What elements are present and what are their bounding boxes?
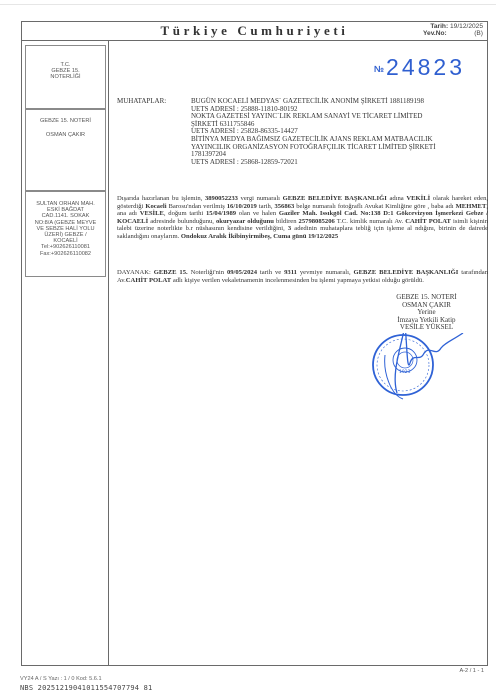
recipients-label: MUHATAPLAR: bbox=[117, 98, 191, 106]
notary-seal-icon: 1923 bbox=[361, 333, 471, 418]
document-title: Türkiye Cumhuriyeti bbox=[22, 23, 487, 39]
left-column: T.C. GEBZE 15. NOTERLİĞİ GEBZE 15. NOTER… bbox=[22, 41, 109, 665]
date-value: 19/12/2025 bbox=[450, 23, 483, 30]
document-header: Türkiye Cumhuriyeti Tarih: 19/12/2025 Ye… bbox=[22, 22, 487, 41]
numero-sign-icon: № bbox=[374, 64, 384, 74]
recipient-line: UETS ADRESİ : 25868-12859-72021 bbox=[117, 159, 487, 167]
notary-name-box: GEBZE 15. NOTERİ OSMAN ÇAKIR bbox=[25, 109, 106, 191]
nbs-number: NBS 20251219041011554707794 81 bbox=[20, 684, 152, 692]
fax-number: Fax:+902626110082 bbox=[26, 251, 105, 257]
scan-edge-line bbox=[0, 4, 496, 5]
header-meta: Tarih: 19/12/2025 Yev.No: (B) bbox=[423, 23, 483, 38]
signature-clerk: VESİLE YÜKSEL bbox=[369, 324, 484, 332]
seal-year: 1923 bbox=[399, 369, 411, 375]
yev-value: (B) bbox=[474, 30, 483, 37]
basis-paragraph: DAYANAK: GEBZE 15. Noterliği'nin 09/05/2… bbox=[117, 269, 488, 284]
address-line: NO:8/A (GEBZE MEYVE bbox=[26, 220, 105, 226]
recipient-line: ŞİRKETİ 6311755846 bbox=[117, 121, 487, 129]
signature-block: GEBZE 15. NOTERİ OSMAN ÇAKIR Yerine İmza… bbox=[369, 294, 484, 332]
recipient-line: YAYINCILIK ORGANİZASYON FOTOĞRAFÇILIK Tİ… bbox=[117, 144, 487, 152]
recipients-block: MUHATAPLAR: BUGÜN KOCAELİ MEDYAS` GAZETE… bbox=[117, 98, 487, 166]
serial-number: 24823 bbox=[386, 54, 465, 80]
notary-office-box: T.C. GEBZE 15. NOTERLİĞİ bbox=[25, 45, 106, 109]
recipient-line: 1781397204 bbox=[117, 151, 487, 159]
main-content: №24823 MUHATAPLAR: BUGÜN KOCAELİ MEDYAS`… bbox=[109, 41, 487, 665]
document-frame: Türkiye Cumhuriyeti Tarih: 19/12/2025 Ye… bbox=[21, 21, 488, 666]
yev-label: Yev.No: bbox=[423, 30, 447, 37]
notary-name: OSMAN ÇAKIR bbox=[26, 132, 105, 138]
notary-address-box: SULTAN ORHAN MAH. ESKİ BAĞDAT CAD.1141. … bbox=[25, 191, 106, 277]
form-code: VY24 A / S Yazı : 1 / 0 Kod: 5.6.1 bbox=[20, 676, 102, 682]
recipient-line: NOKTA GAZETESİ YAYINC`LIK REKLAM SANAYİ … bbox=[117, 113, 487, 121]
serial-number-stamp: №24823 bbox=[374, 54, 465, 81]
page-code: A-2 / 1 - 1 bbox=[459, 668, 484, 674]
date-label: Tarih: bbox=[430, 23, 448, 30]
office-type-label: NOTERLİĞİ bbox=[26, 74, 105, 80]
certification-paragraph: Dışarıda hazırlanan bu işlemin, 38900522… bbox=[117, 195, 488, 241]
